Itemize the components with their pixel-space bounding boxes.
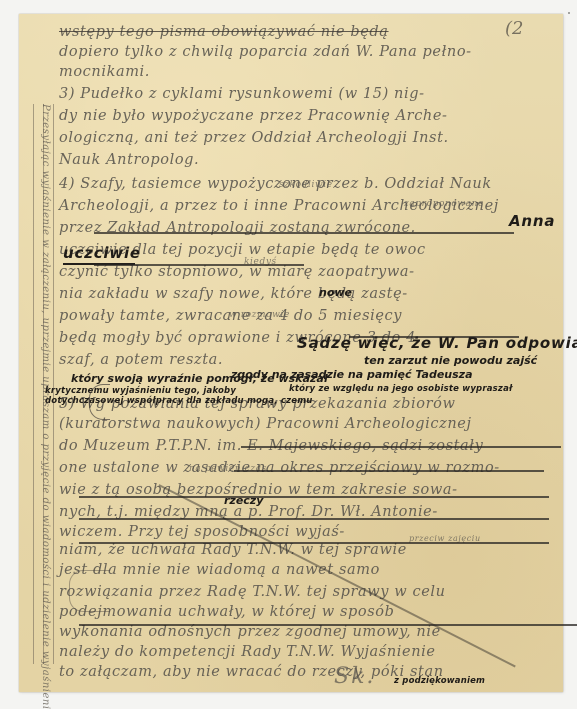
margin-vertical-text: Przesyłając wyjaśnienie w załączeniu, up… [40,104,51,664]
text-line: szaf, a potem reszta. [59,352,223,368]
ink-annotation: ten zarzut nie powodu zajść [364,354,537,367]
text-line: dy nie było wypożyczane przez Pracownię … [59,108,448,124]
strike-through [241,446,561,448]
ink-annotation: krytycznemu wyjaśnieniu tego, jakoby [45,386,236,396]
text-line: wykonania odnośnych przez zgodnej umowy,… [59,624,441,640]
paragraph-bracket [89,384,110,420]
text-line: wiczem. Przy tej sposobności wyjaś- [59,524,345,540]
margin-rule [53,104,54,664]
ink-annotation: dotychczasowej współpracy dla zakładu mo… [45,396,313,406]
text-line: one ustalone w zasadzie na okres przejśc… [59,460,500,476]
manuscript-paper: (2 Przesyłając wyjaśnienie w załączeniu,… [19,14,563,692]
interlinear-note: szkodliwie [279,180,333,190]
text-line: wstępy tego pisma obowiązywać nie będą [59,24,389,40]
text-line: przez Zakład Antropologji zostaną zwróco… [59,220,416,236]
text-line: ologiczną, ani też przez Oddział Archeol… [59,130,449,146]
text-line: 3) Pudełko z cyklami rysunkowemi (w 15) … [59,86,425,102]
text-line: Nauk Antropolog. [59,152,199,168]
text-line: nia zakładu w szafy nowe, które będą zas… [59,286,408,302]
text-line: mocnikami. [59,64,150,80]
interlinear-note: zaproponowane [404,199,484,209]
paragraph-bracket [69,570,110,612]
text-line: to załączam, aby nie wracać do rzeczy, p… [59,664,444,680]
text-line: (kuratorstwa naukowych) Pracowni Archeol… [59,416,472,432]
strike-through [79,542,549,544]
strike-through [234,470,544,472]
text-line: 4) Szafy, tasiemce wypożyczone przez b. … [59,176,492,192]
scanned-page: (2 Przesyłając wyjaśnienie w załączeniu,… [0,0,577,709]
text-line: dopiero tylko z chwilą poparcia zdań W. … [59,44,472,60]
strike-through [349,336,519,338]
ink-annotation: nowe [319,286,352,299]
ink-annotation: z podziękowaniem [394,676,485,686]
text-line: niam, że uchwała Rady T.N.W. w tej spraw… [59,542,407,558]
strike-through [79,518,549,520]
signature: Sk. [334,664,375,689]
text-line: należy do kompetencji Rady T.N.W. Wyjaśn… [59,644,436,660]
ink-annotation: uczciwie [63,244,141,262]
ink-annotation: Anna [509,212,555,230]
margin-rule [33,104,34,664]
page-number-mark: (2 [505,18,523,39]
strike-through [79,624,577,626]
text-line: czynić tylko stopniowo, w miarę zaopatry… [59,264,415,280]
interlinear-note: w rozmowie [229,310,290,320]
text-line: rozwiązania przez Radę T.N.W. tej sprawy… [59,584,446,600]
ink-annotation: który ze względu na jego osobiste wypras… [289,384,512,394]
interlinear-note: na pewien czas [189,464,267,474]
strike-through [94,232,514,234]
strike-through [94,264,304,266]
scan-speck [568,12,570,14]
strike-through [79,496,549,498]
interlinear-note: kiedyś [244,257,277,267]
